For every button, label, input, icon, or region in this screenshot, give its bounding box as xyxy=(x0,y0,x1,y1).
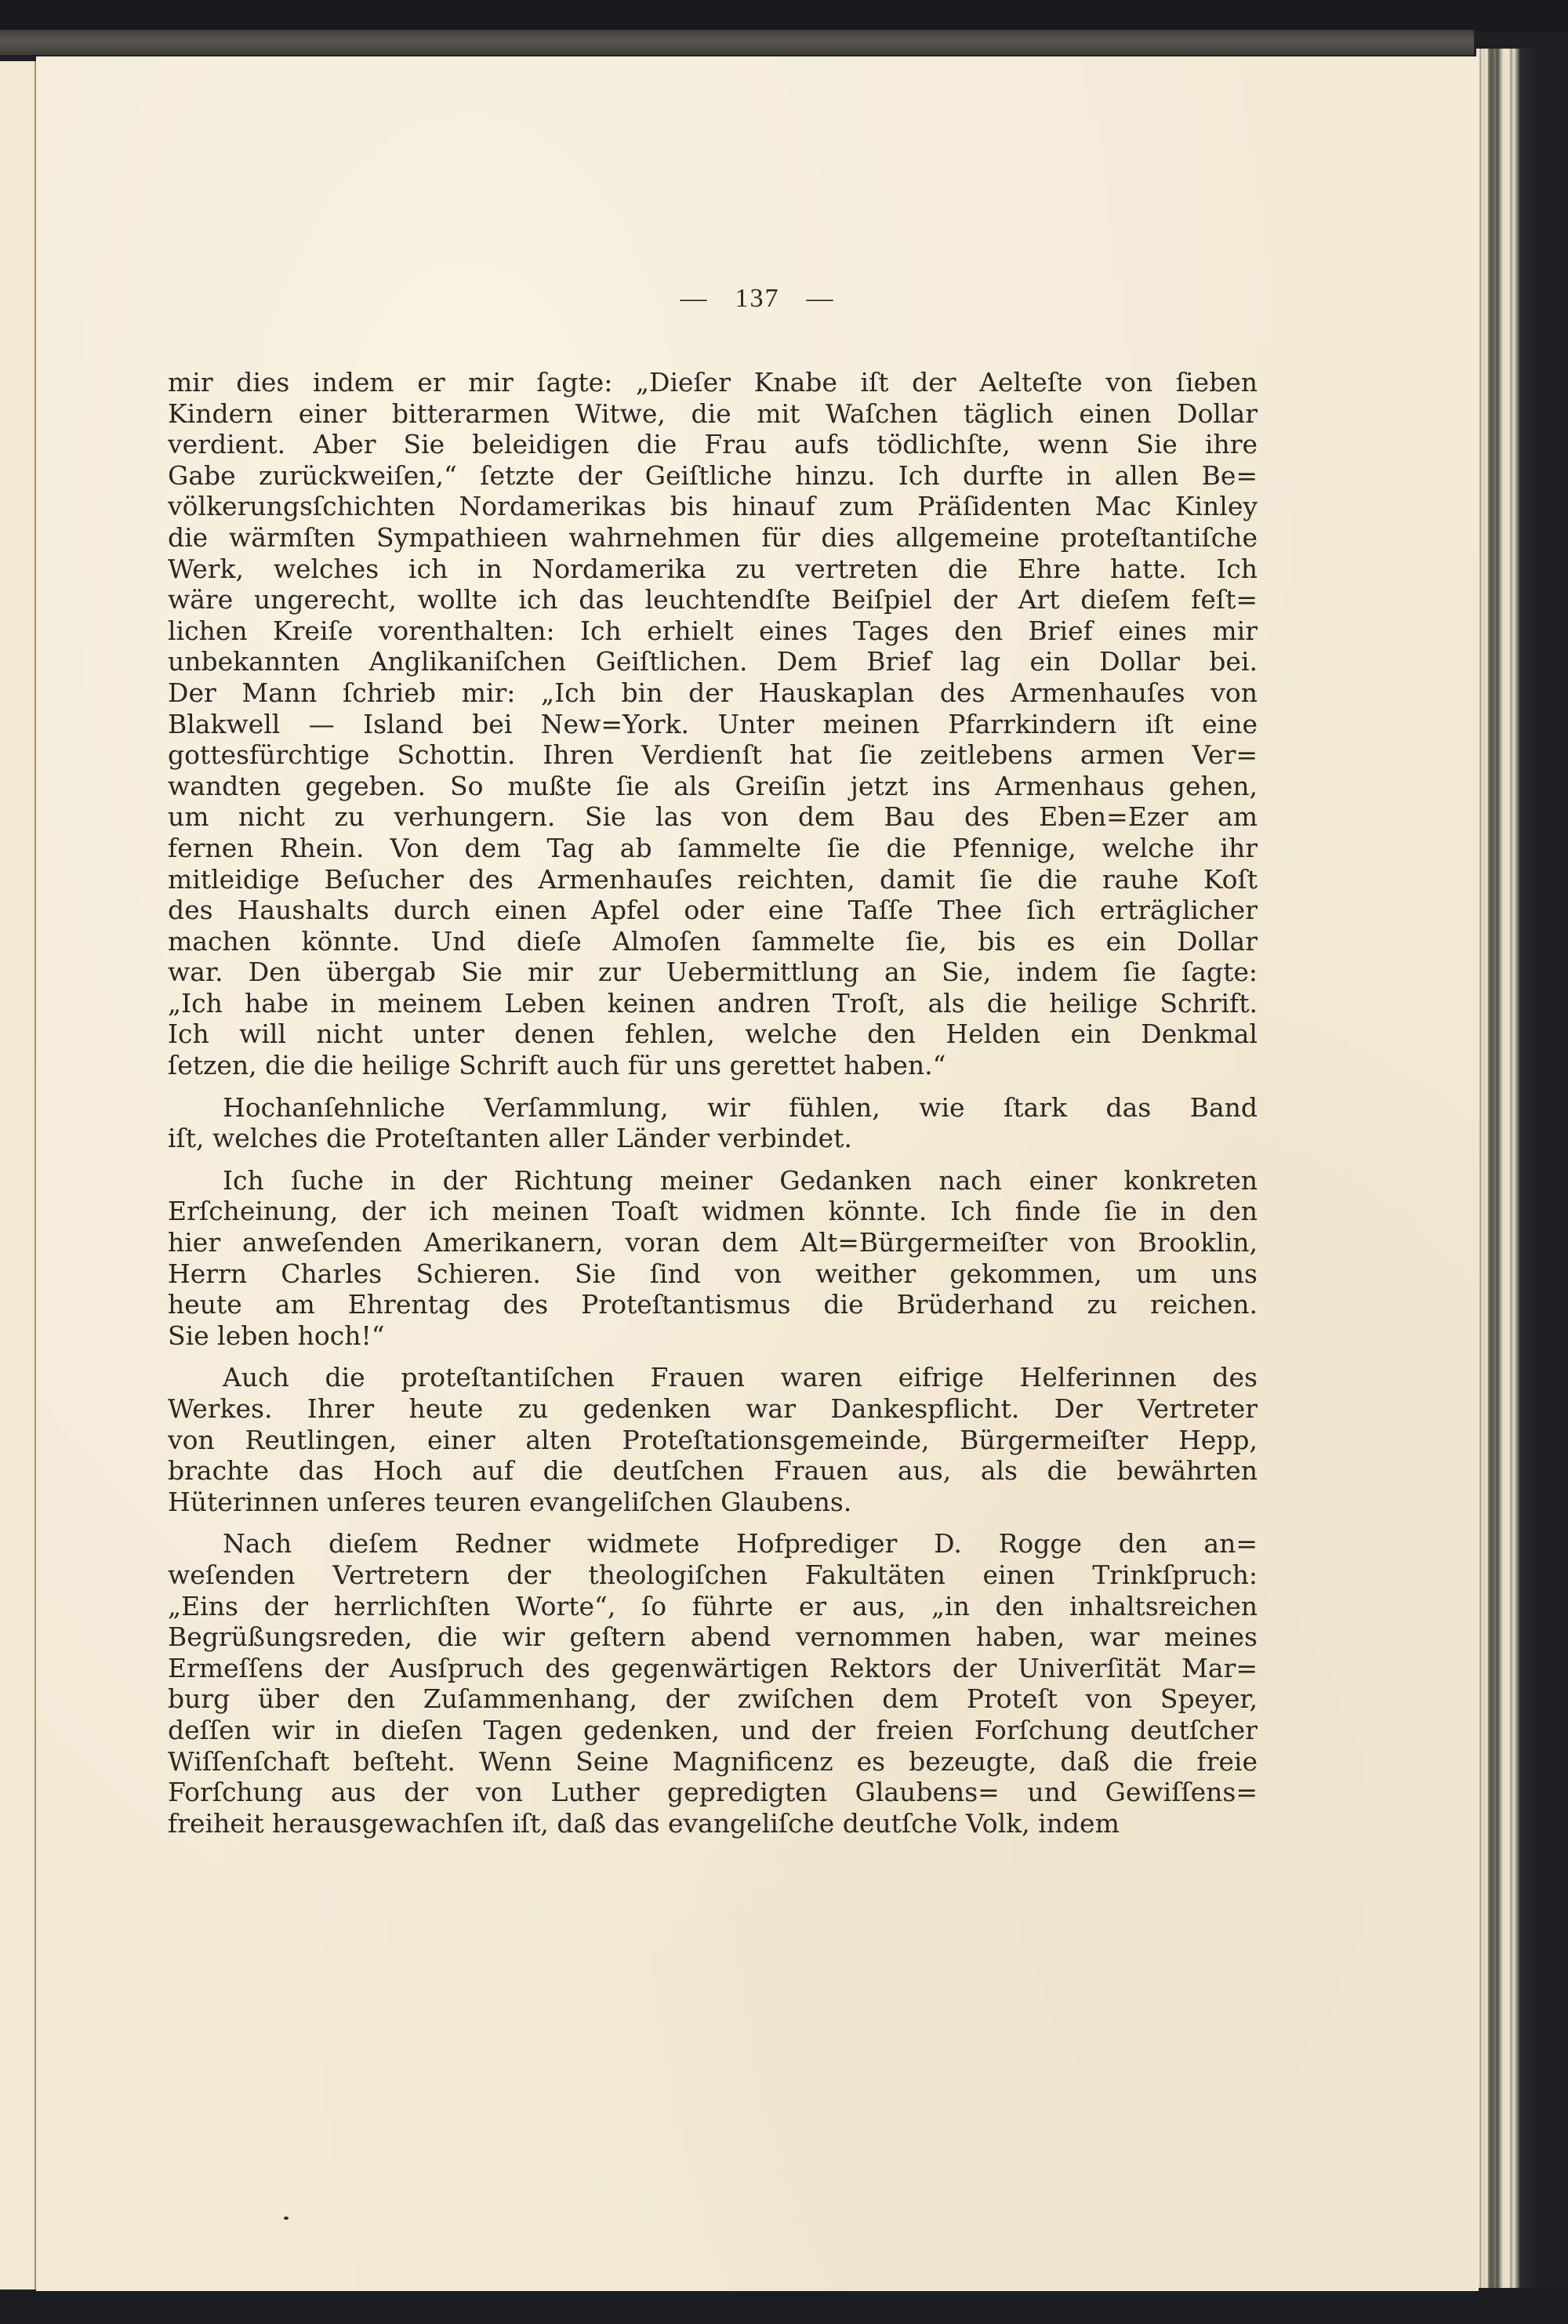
text-line: von Reutlingen, einer alten Proteſtation… xyxy=(168,1425,1258,1456)
text-line: Erſcheinung, der ich meinen Toaſt widmen… xyxy=(168,1196,1258,1227)
text-line: Forſchung aus der von Luther gepredigten… xyxy=(168,1777,1258,1808)
text-line: Blakwell — Island bei New=York. Unter me… xyxy=(168,709,1258,740)
text-line: fernen Rhein. Von dem Tag ab ſammelte ſi… xyxy=(168,833,1258,864)
text-line: Ich ſuche in der Richtung meiner Gedanke… xyxy=(168,1165,1258,1196)
page-number-dash-right: — xyxy=(780,284,862,313)
text-line: unbekannten Anglikaniſchen Geiſtlichen. … xyxy=(168,646,1258,677)
text-line: völkerungsſchichten Nordamerikas bis hin… xyxy=(168,491,1258,522)
text-line: brachte das Hoch auf die deutſchen Fraue… xyxy=(168,1455,1258,1487)
text-line: um nicht zu verhungern. Sie las von dem … xyxy=(168,801,1258,833)
text-line: freiheit herausgewachſen iſt, daß das ev… xyxy=(168,1808,1258,1839)
text-line: weſenden Vertretern der theologiſchen Fa… xyxy=(168,1560,1258,1591)
text-line: mir dies indem er mir ſagte: „Dieſer Kna… xyxy=(168,367,1258,398)
text-line: Hochanſehnliche Verſammlung, wir fühlen,… xyxy=(168,1092,1258,1124)
paragraph: Nach dieſem Redner widmete Hofprediger D… xyxy=(168,1528,1258,1839)
text-line: Werkes. Ihrer heute zu gedenken war Dank… xyxy=(168,1393,1258,1425)
text-line: wäre ungerecht, wollte ich das leuchtend… xyxy=(168,584,1258,615)
text-line: des Haushalts durch einen Apfel oder ein… xyxy=(168,895,1258,926)
text-line: deſſen wir in dieſen Tagen gedenken, und… xyxy=(168,1715,1258,1746)
book-headband xyxy=(0,30,1474,55)
text-line: Herrn Charles Schieren. Sie ſind von wei… xyxy=(168,1258,1258,1290)
text-line: Werk, welches ich in Nordamerika zu vert… xyxy=(168,554,1258,585)
text-line: machen könnte. Und dieſe Almoſen ſammelt… xyxy=(168,926,1258,957)
paragraph: Hochanſehnliche Verſammlung, wir fühlen,… xyxy=(168,1092,1258,1154)
text-line: „Ich habe in meinem Leben keinen andren … xyxy=(168,988,1258,1019)
stacked-page-edges xyxy=(1476,49,1539,2288)
text-line: verdient. Aber Sie beleidigen die Frau a… xyxy=(168,429,1258,460)
text-line: Auch die proteſtantiſchen Frauen waren e… xyxy=(168,1362,1258,1393)
text-line: Hüterinnen unſeres teuren evangeliſchen … xyxy=(168,1487,1258,1518)
text-line: mitleidige Beſucher des Armenhauſes reic… xyxy=(168,864,1258,895)
paragraph-gap xyxy=(168,1081,1258,1092)
text-line: Sie leben hoch!“ xyxy=(168,1320,1258,1352)
text-line: „Eins der herrlichſten Worte“, ſo führte… xyxy=(168,1591,1258,1622)
page-number-value: 137 xyxy=(735,284,780,313)
text-line: Ich will nicht unter denen fehlen, welch… xyxy=(168,1019,1258,1050)
paragraph: mir dies indem er mir ſagte: „Dieſer Kna… xyxy=(168,367,1258,1081)
book-page: —137— mir dies indem er mir ſagte: „Dieſ… xyxy=(36,56,1479,2291)
text-line: heute am Ehrentag des Proteſtantismus di… xyxy=(168,1289,1258,1320)
text-line: Kindern einer bitterarmen Witwe, die mit… xyxy=(168,398,1258,430)
facing-page-edge xyxy=(0,61,36,2292)
text-line: gottesfürchtige Schottin. Ihren Verdienſ… xyxy=(168,739,1258,771)
paragraph-gap xyxy=(168,1154,1258,1165)
paragraph: Ich ſuche in der Richtung meiner Gedanke… xyxy=(168,1165,1258,1352)
book-cover-top xyxy=(0,0,1568,31)
ink-speck xyxy=(284,2217,289,2220)
text-line: ſetzen, die die heilige Schrift auch für… xyxy=(168,1050,1258,1081)
text-line: lichen Kreiſe vorenthalten: Ich erhielt … xyxy=(168,615,1258,647)
text-line: iſt, welches die Proteſtanten aller Länd… xyxy=(168,1123,1258,1154)
book-cover-bottom xyxy=(0,2290,1568,2324)
paragraph-gap xyxy=(168,1351,1258,1362)
page-number: —137— xyxy=(36,284,1479,314)
text-line: wandten gegeben. So mußte ſie als Greiſi… xyxy=(168,771,1258,802)
paragraph-gap xyxy=(168,1517,1258,1528)
body-text: mir dies indem er mir ſagte: „Dieſer Kna… xyxy=(168,367,1258,1839)
text-line: war. Den übergab Sie mir zur Uebermittlu… xyxy=(168,957,1258,988)
text-line: Nach dieſem Redner widmete Hofprediger D… xyxy=(168,1528,1258,1560)
text-line: Wiſſenſchaft beſteht. Wenn Seine Magnifi… xyxy=(168,1746,1258,1777)
text-line: Der Mann ſchrieb mir: „Ich bin der Hausk… xyxy=(168,677,1258,709)
text-line: burg über den Zuſammenhang, der zwiſchen… xyxy=(168,1683,1258,1715)
text-line: die wärmſten Sympathieen wahrnehmen für … xyxy=(168,522,1258,554)
text-line: hier anweſenden Amerikanern, voran dem A… xyxy=(168,1227,1258,1258)
text-line: Begrüßungsreden, die wir geſtern abend v… xyxy=(168,1621,1258,1653)
text-line: Gabe zurückweiſen,“ ſetzte der Geiſtlich… xyxy=(168,460,1258,492)
text-line: Ermeſſens der Ausſpruch des gegenwärtige… xyxy=(168,1653,1258,1684)
page-number-dash-left: — xyxy=(654,284,735,313)
paragraph: Auch die proteſtantiſchen Frauen waren e… xyxy=(168,1362,1258,1517)
